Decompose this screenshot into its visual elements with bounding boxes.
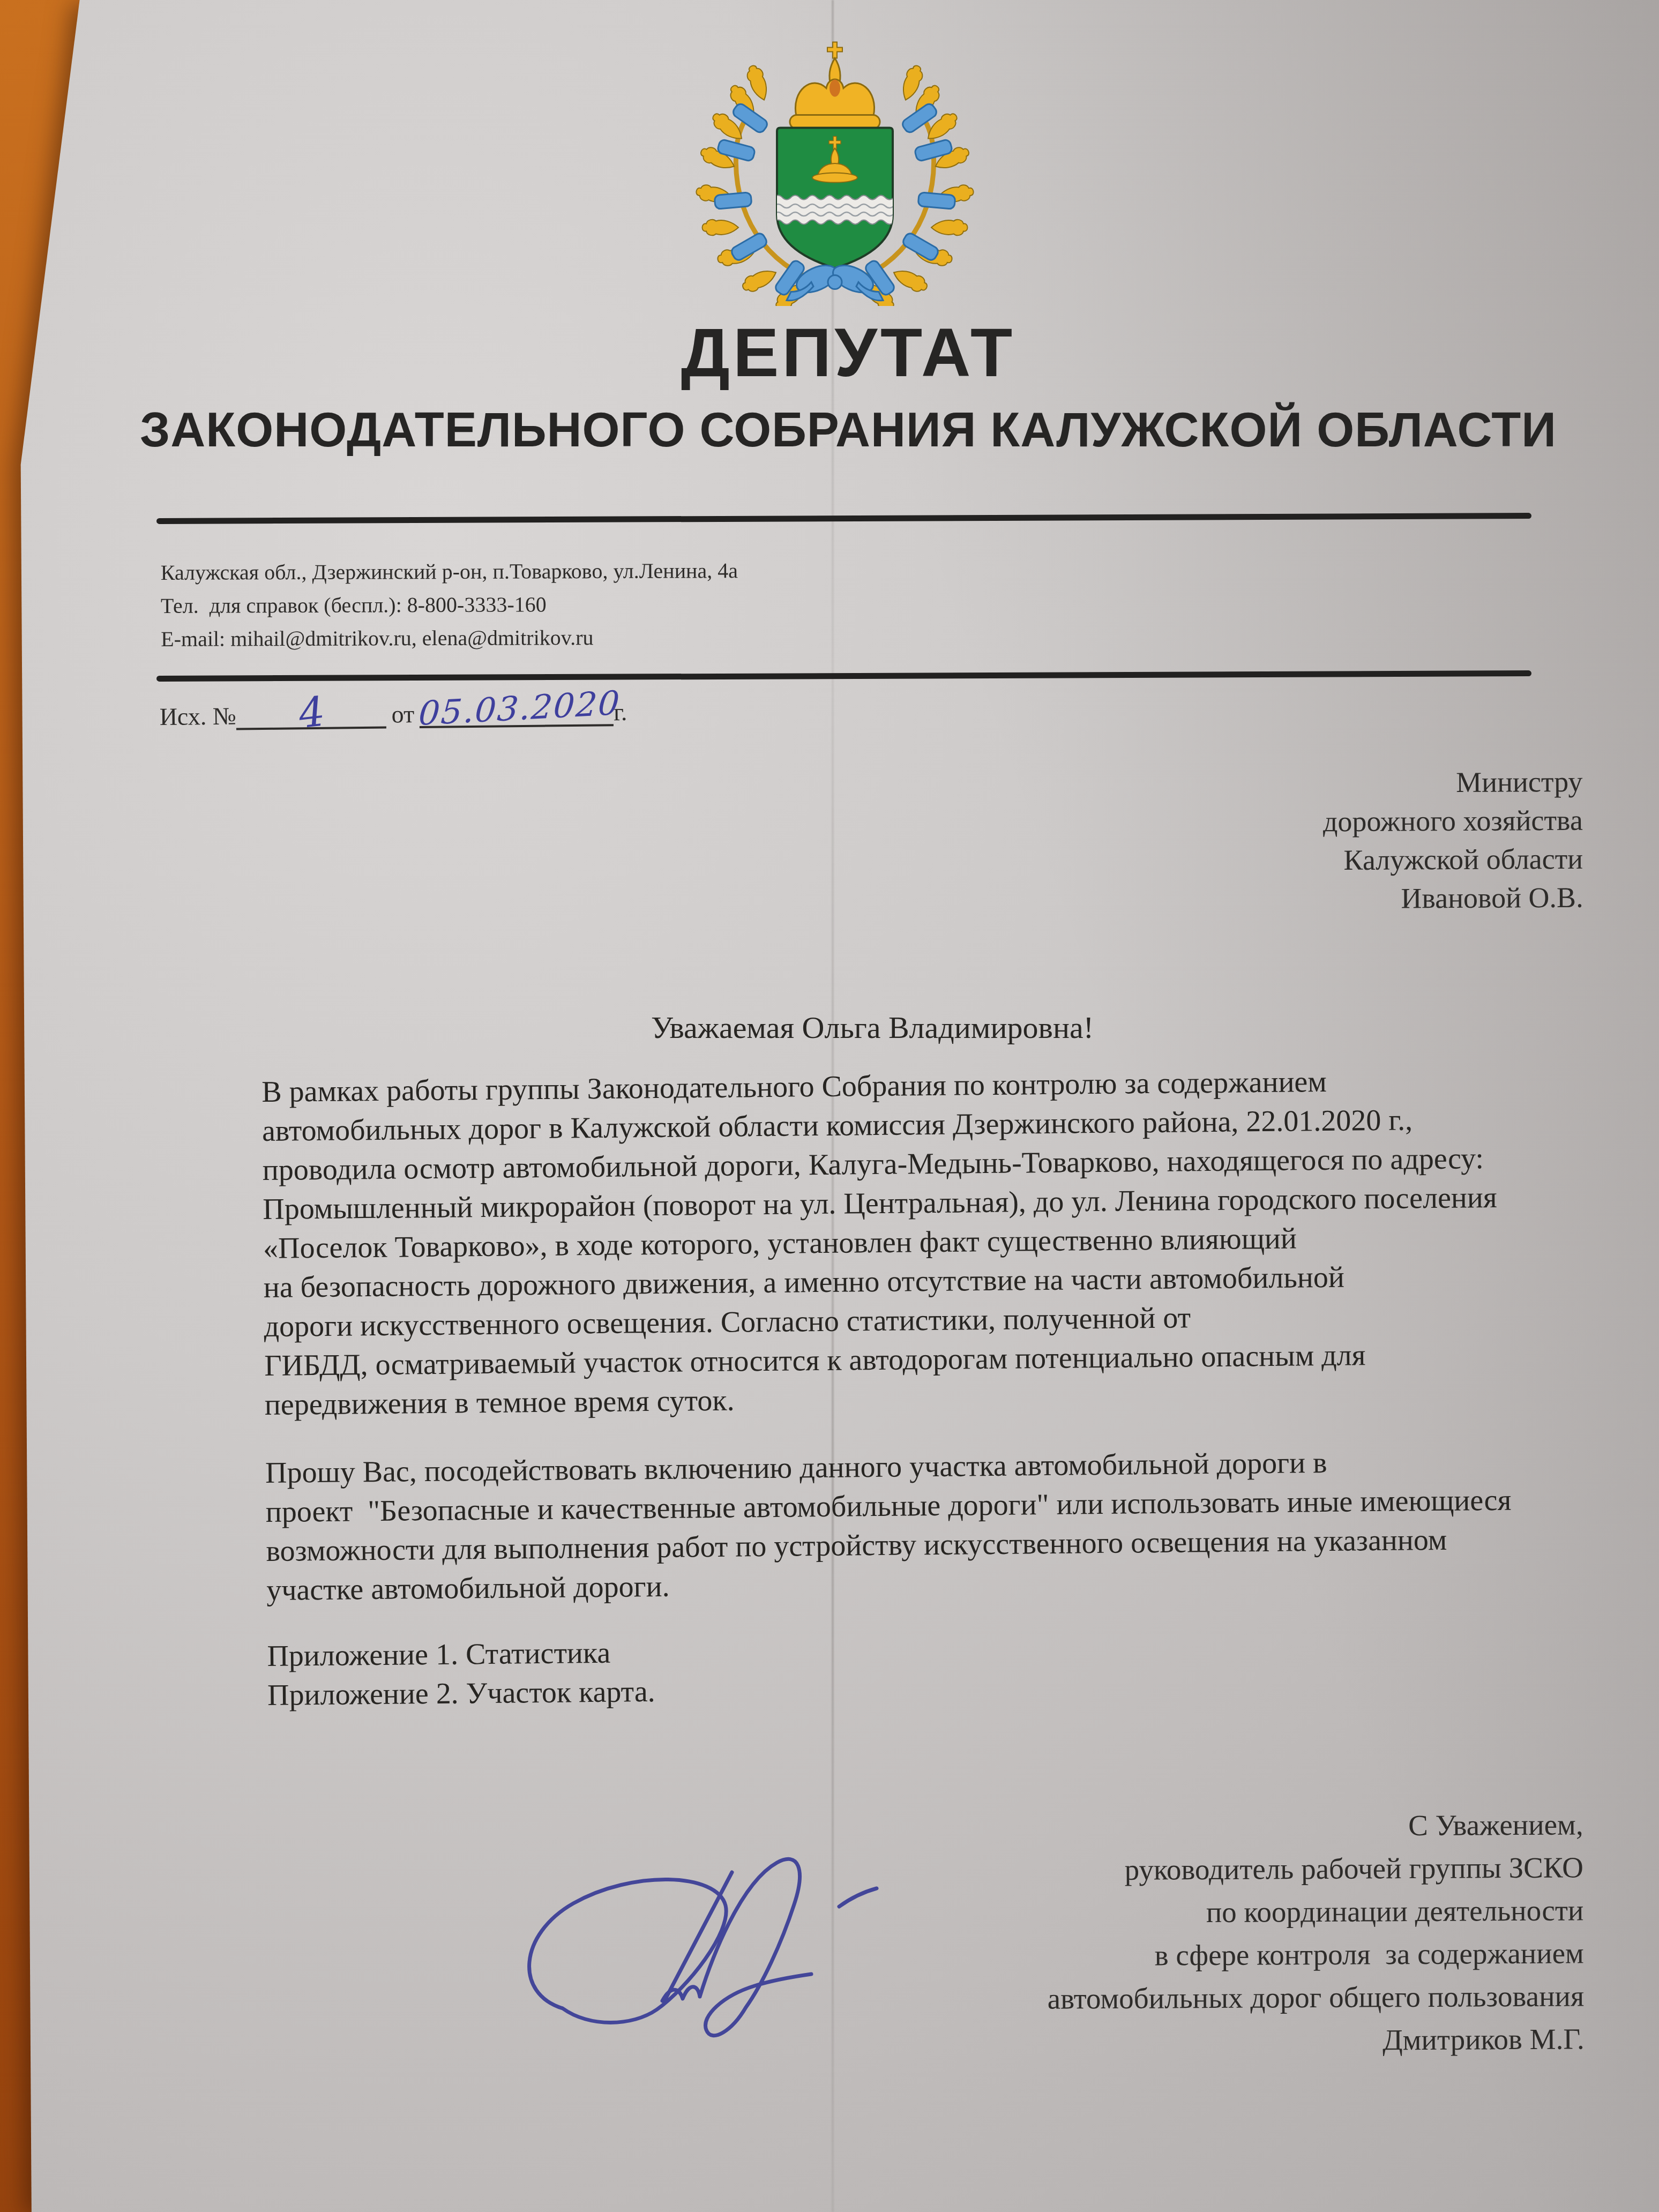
outgoing-number-handwritten: 4 bbox=[297, 697, 326, 728]
recipient-line: дорожного хозяйства bbox=[1323, 801, 1583, 841]
from-label: от bbox=[386, 700, 420, 729]
recipient-line: Ивановой О.В. bbox=[1323, 878, 1583, 918]
signoff-line: Дмитриков М.Г. bbox=[1048, 2017, 1585, 2063]
contact-email: E-mail: mihail@dmitrikov.ru, elena@dmitr… bbox=[161, 621, 738, 656]
signoff-line: автомобильных дорог общего пользования bbox=[1048, 1975, 1585, 2020]
letter-page: ДЕПУТАТ ЗАКОНОДАТЕЛЬНОГО СОБРАНИЯ КАЛУЖС… bbox=[0, 0, 1659, 2212]
silver-river-band bbox=[774, 196, 894, 225]
divider-line-top bbox=[156, 513, 1531, 524]
photo-of-letter: ДЕПУТАТ ЗАКОНОДАТЕЛЬНОГО СОБРАНИЯ КАЛУЖС… bbox=[0, 0, 1659, 2212]
contact-address: Калужская обл., Дзержинский р-он, п.Това… bbox=[161, 554, 738, 589]
signoff-line: С Уважением, bbox=[1047, 1803, 1583, 1849]
paper-shadow: ДЕПУТАТ ЗАКОНОДАТЕЛЬНОГО СОБРАНИЯ КАЛУЖС… bbox=[0, 0, 1659, 2212]
letterhead-subtitle: ЗАКОНОДАТЕЛЬНОГО СОБРАНИЯ КАЛУЖСКОЙ ОБЛА… bbox=[38, 403, 1659, 458]
contact-block: Калужская обл., Дзержинский р-он, п.Това… bbox=[161, 554, 738, 656]
outgoing-date-handwritten: 05.03.2020 bbox=[418, 690, 622, 727]
signoff-line: руководитель рабочей группы ЗСКО bbox=[1047, 1846, 1584, 1892]
outgoing-number-blank: 4 bbox=[236, 693, 386, 730]
recipient-line: Министру bbox=[1322, 763, 1582, 803]
body-paragraph-1: В рамках работы группы Законодательного … bbox=[261, 1061, 1511, 1425]
outgoing-date-blank: 05.03.2020 bbox=[420, 691, 614, 728]
outgoing-number-label: Исх. № bbox=[159, 702, 236, 731]
outgoing-reference-row: Исх. № 4 от 05.03.2020 г. bbox=[159, 691, 627, 731]
coat-of-arms-emblem bbox=[685, 35, 985, 306]
salutation: Уважаемая Ольга Владимировна! bbox=[86, 1010, 1659, 1045]
recipient-block: Министру дорожного хозяйства Калужской о… bbox=[1322, 763, 1583, 918]
divider-line-bottom bbox=[156, 670, 1531, 682]
signoff-line: в сфере контроля за содержанием bbox=[1047, 1932, 1584, 1977]
signoff-line: по координации деятельности bbox=[1047, 1889, 1584, 1934]
shield bbox=[774, 128, 894, 268]
letter-body: В рамках работы группы Законодательного … bbox=[261, 1061, 1513, 1715]
contact-phone: Тел. для справок (беспл.): 8-800-3333-16… bbox=[161, 587, 738, 623]
recipient-line: Калужской области bbox=[1323, 840, 1583, 880]
letterhead-title: ДЕПУТАТ bbox=[38, 313, 1659, 392]
body-paragraph-2: Прошу Вас, посодействовать включению дан… bbox=[265, 1442, 1512, 1610]
handwritten-signature bbox=[498, 1837, 895, 2046]
signoff-block: С Уважением, руководитель рабочей группы… bbox=[1047, 1803, 1585, 2063]
attachments-block: Приложение 1. Статистика Приложение 2. У… bbox=[267, 1625, 1513, 1715]
